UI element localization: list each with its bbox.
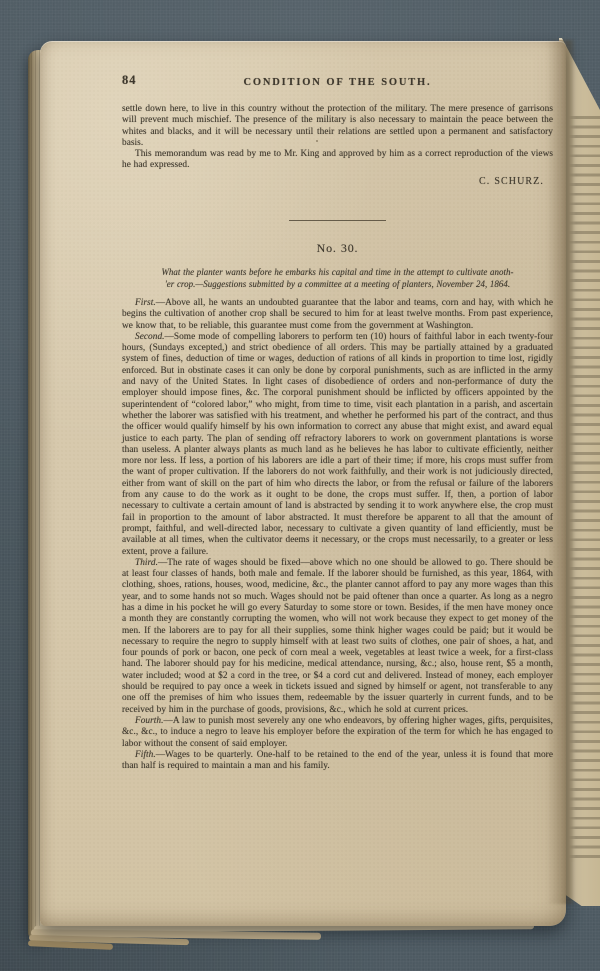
divider-row [122, 220, 553, 222]
page-header: 84 CONDITION OF THE SOUTH. [122, 77, 553, 90]
suggestion-list: First.—Above all, he wants an undoubted … [122, 298, 553, 772]
page-content: 84 CONDITION OF THE SOUTH. settle down h… [122, 77, 553, 772]
paragraph-intro: settle down here, to live in this countr… [122, 104, 553, 149]
paragraph-text-second: —Some mode of compelling laborers to per… [122, 332, 553, 557]
paragraph-first: First.—Above all, he wants an undoubted … [122, 298, 553, 332]
leaf-edge [31, 929, 321, 940]
paragraph-fifth: Fifth.—Wages to be quarterly. One-half t… [122, 750, 553, 773]
paragraph-text-fifth: —Wages to be quarterly. One-half to be r… [122, 750, 553, 771]
paragraph-label-fifth: Fifth. [135, 750, 156, 760]
paragraph-label-third: Third. [135, 558, 158, 568]
scanned-book-photo: 84 CONDITION OF THE SOUTH. settle down h… [0, 0, 600, 971]
paragraph-label-first: First. [135, 298, 156, 308]
signature: C. SCHURZ. [122, 176, 553, 187]
paragraph-fourth: Fourth.—A law to punish most severely an… [122, 716, 553, 750]
paragraph-text-third: —The rate of wages should be fixed—above… [122, 558, 553, 715]
paragraph-text-fourth: —A law to punish most severely any one w… [122, 716, 553, 749]
paragraph-third: Third.—The rate of wages should be fixed… [122, 558, 553, 716]
running-header: CONDITION OF THE SOUTH. [244, 77, 432, 88]
section-divider [289, 220, 386, 221]
leaf-edge [29, 935, 189, 945]
section-number: No. 30. [122, 243, 553, 254]
section-caption-line-2: 'er crop.—Suggestions submitted by a com… [122, 279, 553, 290]
section-caption-line-1: What the planter wants before he embarks… [122, 267, 553, 278]
paragraph-label-fourth: Fourth. [135, 716, 164, 726]
facing-page-text-lines [569, 116, 600, 862]
leaf-edge [28, 940, 113, 950]
paragraph-second: Second.—Some mode of compelling laborers… [122, 332, 553, 558]
paragraph-text-first: —Above all, he wants an undoubted guaran… [122, 298, 553, 331]
paragraph-memorandum: This memorandum was read by me to Mr. Ki… [122, 149, 553, 172]
page-number: 84 [122, 75, 137, 86]
section-caption: What the planter wants before he embarks… [122, 267, 553, 290]
paragraph-label-second: Second. [135, 332, 165, 342]
book-page: 84 CONDITION OF THE SOUTH. settle down h… [40, 41, 566, 926]
